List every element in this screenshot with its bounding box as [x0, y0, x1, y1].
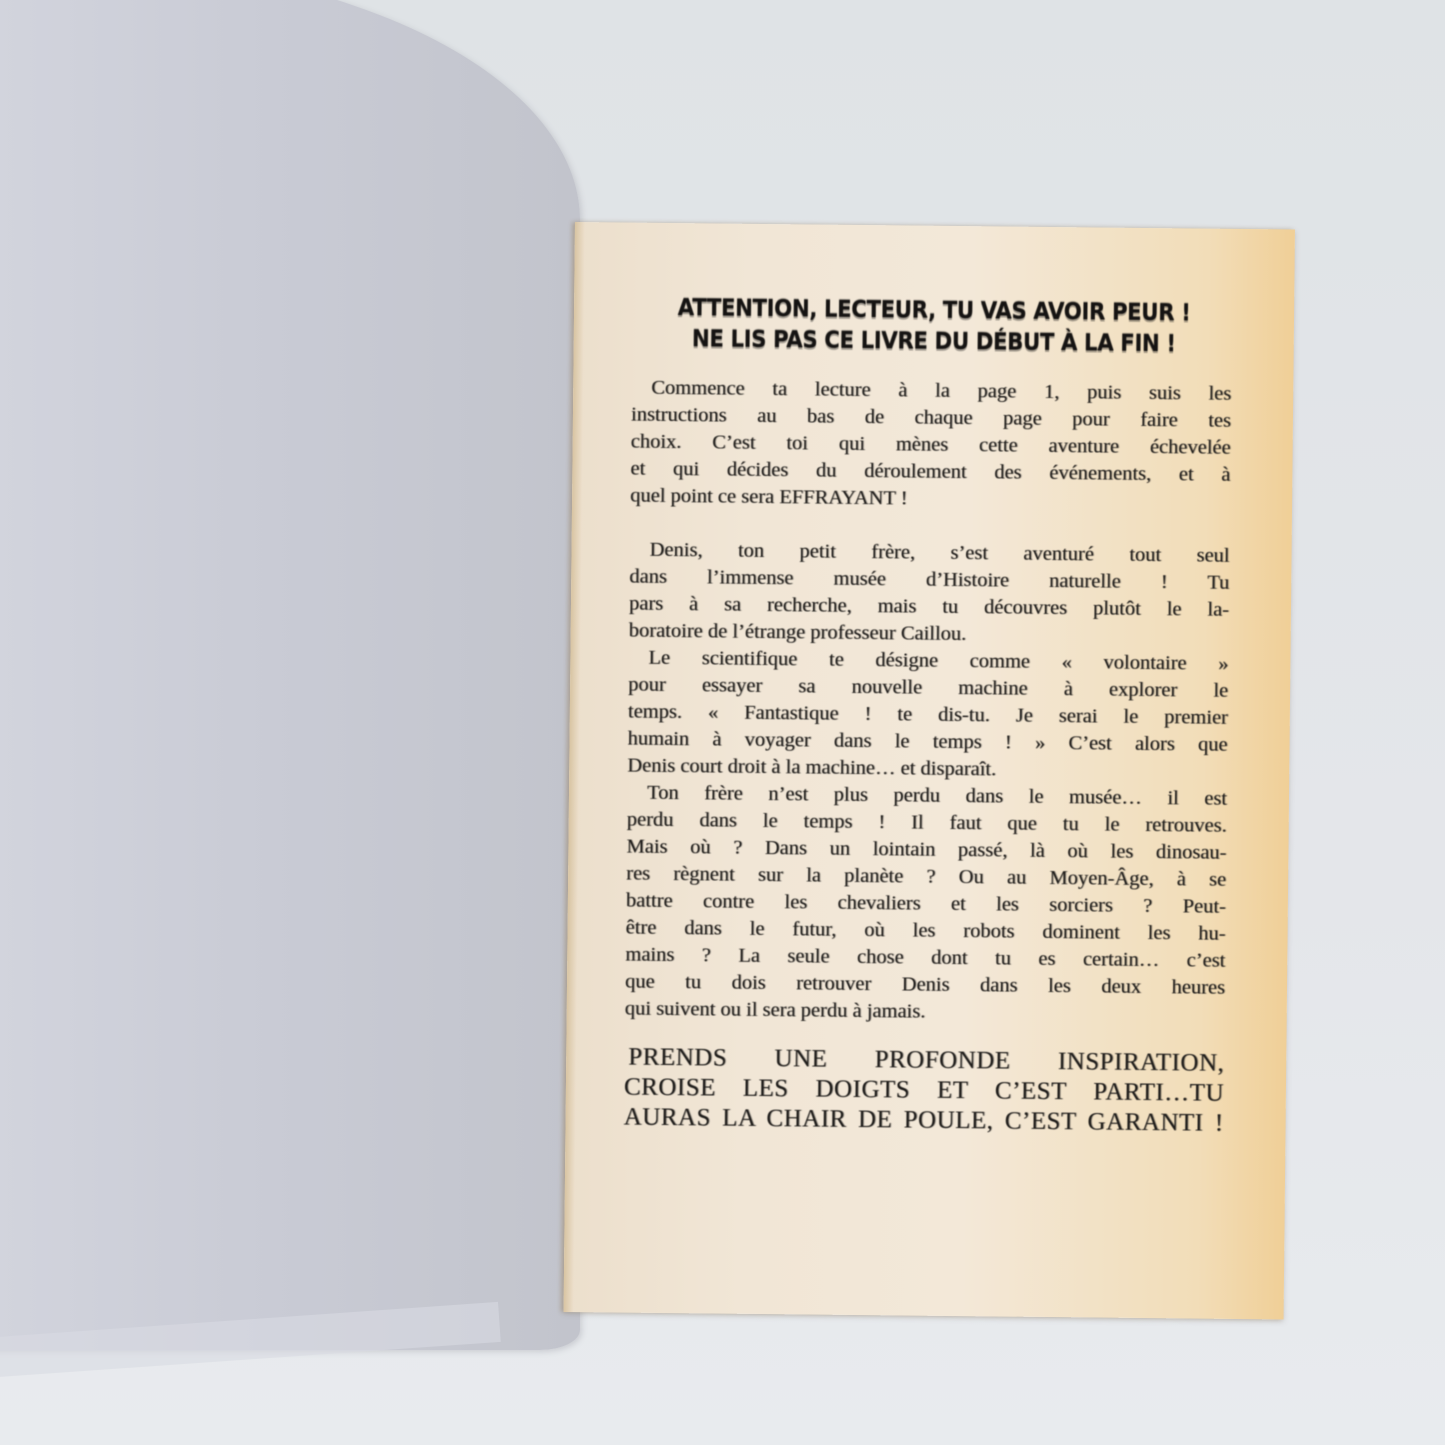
page-content: ATTENTION, LECTEUR, TU VAS AVOIR PEUR ! …	[623, 293, 1232, 1139]
left-blank-page	[0, 0, 580, 1350]
right-printed-page: ATTENTION, LECTEUR, TU VAS AVOIR PEUR ! …	[564, 222, 1295, 1319]
story-paragraph-2: Le scientifique te désigne comme « volon…	[627, 645, 1228, 786]
intro-paragraph: Commence ta lecture à la page 1, puis su…	[630, 375, 1231, 516]
warning-line: NE LIS PAS CE LIVRE DU DÉBUT À LA FIN !	[656, 324, 1211, 361]
story-paragraph-1: Denis, ton petit frère, s’est aventuré t…	[629, 537, 1230, 651]
closing-tagline: PRENDS UNE PROFONDE INSPIRATION, CROISE …	[623, 1043, 1224, 1139]
warning-heading: ATTENTION, LECTEUR, TU VAS AVOIR PEUR ! …	[656, 293, 1211, 361]
story-paragraph-3: Ton frère n’est plus perdu dans le musée…	[625, 780, 1228, 1029]
closing-line: AURAS LA CHAIR DE POULE, C’EST GARANTI !	[623, 1103, 1223, 1139]
photo-scene: ATTENTION, LECTEUR, TU VAS AVOIR PEUR ! …	[0, 0, 1445, 1445]
